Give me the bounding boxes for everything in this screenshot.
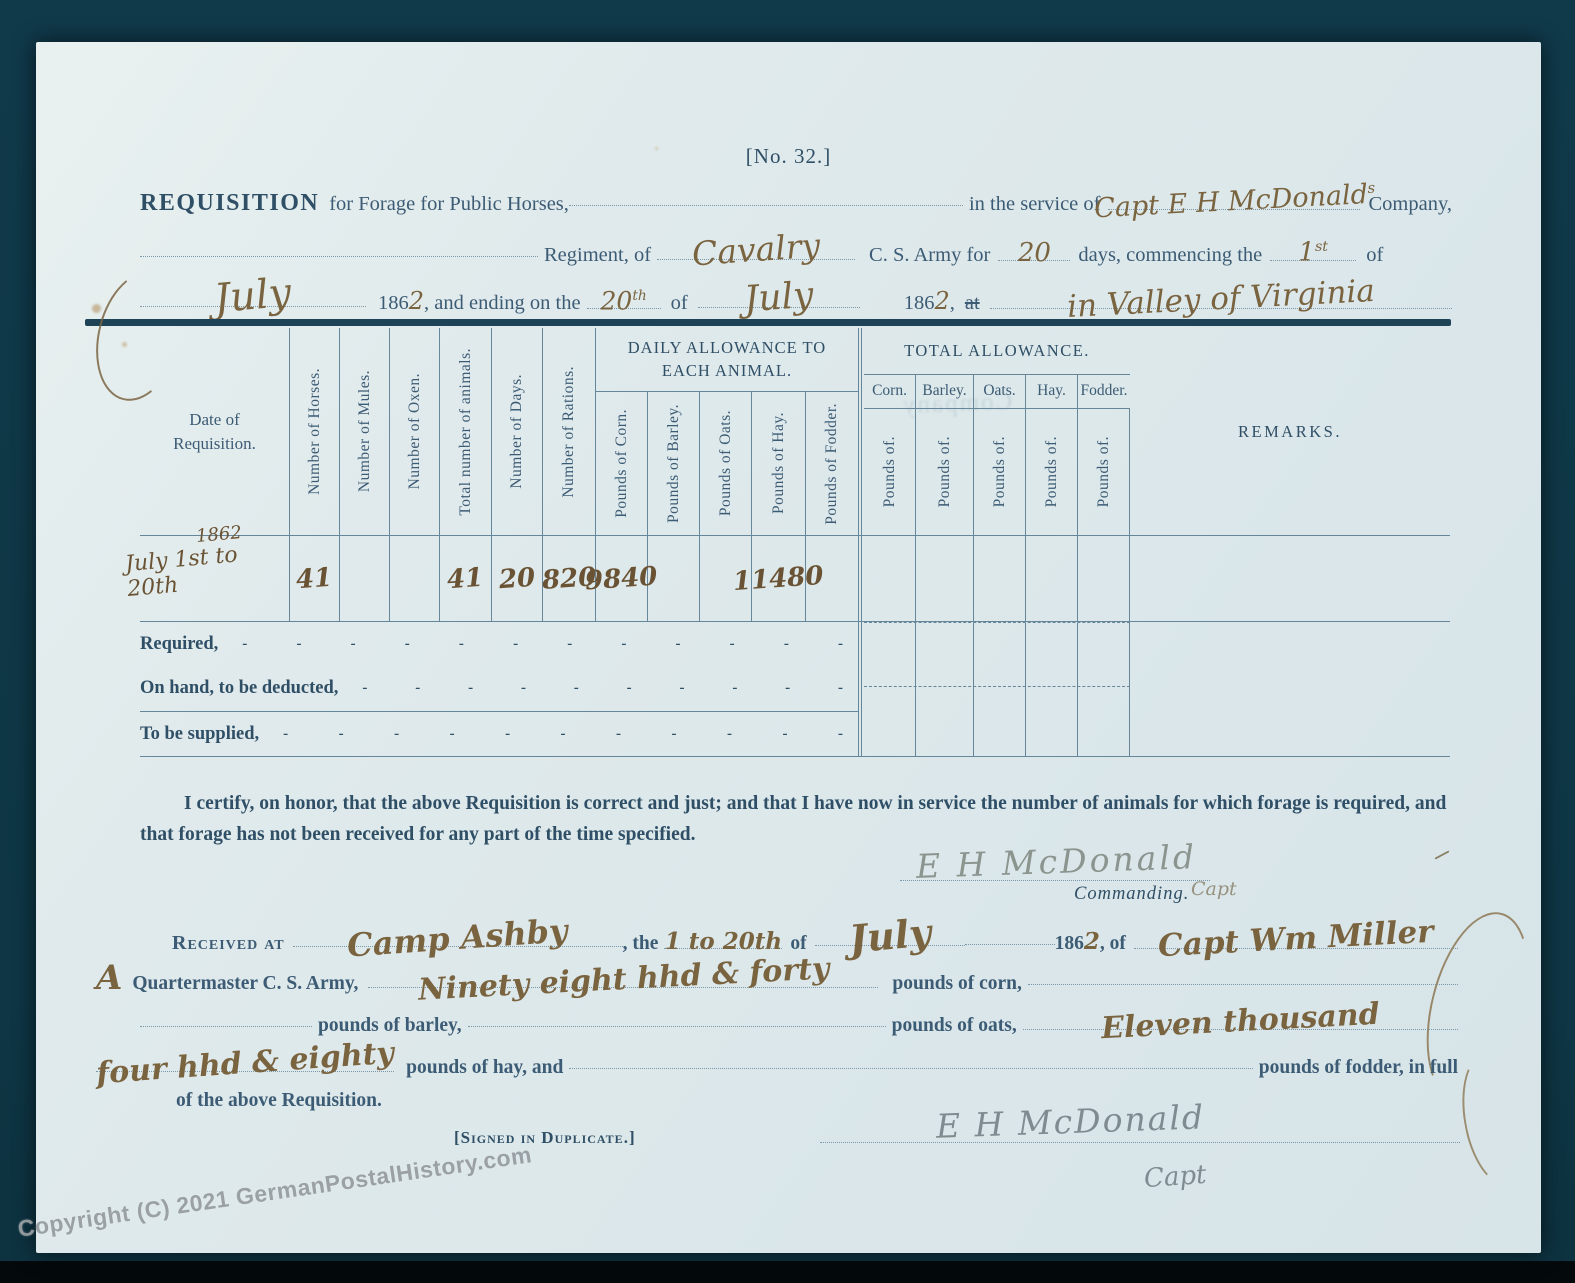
end-month-field: July: [698, 289, 860, 308]
on-hand-row: On hand, to be deducted, - - - - - - - -…: [140, 666, 858, 712]
col-header-daily-oats: Pounds of Oats.: [700, 392, 752, 535]
blank-line: [569, 205, 963, 206]
quartermaster-label: Quartermaster C. S. Army,: [132, 973, 358, 995]
start-day-field: 1st: [1270, 244, 1356, 261]
of-above-label: of the above Requisition.: [176, 1090, 382, 1112]
the-label: , the: [623, 933, 659, 955]
quartermaster-line: A Quartermaster C. S. Army, Ninety eight…: [96, 970, 1458, 995]
blank-line: [140, 1026, 312, 1027]
cell-total-barley: [916, 536, 974, 621]
pounds-of-sub: Pounds of.: [974, 409, 1026, 535]
cell-remarks: [1130, 536, 1450, 621]
cell-date: 1862 July 1st to 20th: [140, 536, 290, 621]
total-allowance-group: TOTAL ALLOWANCE. Corn. Barley. Oats. Hay…: [864, 328, 1130, 535]
hw-place: in Valley of Virginia: [1067, 284, 1375, 316]
regiment-label: Regiment, of: [544, 244, 651, 267]
commencing-label: days, commencing the: [1078, 244, 1262, 267]
hw-start-day: 1st: [1298, 244, 1328, 260]
cell-daily-hay: 11480: [752, 536, 806, 621]
year-printed: 186: [904, 292, 935, 315]
form-number: [No. 32.]: [36, 144, 1541, 169]
blank-line: [965, 944, 1055, 945]
cell-total-hay: [1026, 536, 1078, 621]
total-oats-label: Oats.: [974, 375, 1026, 408]
received-at-label: Received at: [172, 932, 285, 955]
hay-fodder-line: four hhd & eighty pounds of hay, and pou…: [96, 1056, 1458, 1079]
of-above-line: of the above Requisition.: [176, 1090, 382, 1112]
hw-date-range: July 1st to 20th: [124, 538, 291, 602]
col-header-date: Date of Requisition.: [140, 328, 290, 535]
foxing-stains: [92, 304, 101, 313]
total-corn-label: Corn.: [864, 375, 916, 408]
hw-oats-amount: Eleven thousand: [1101, 1007, 1380, 1037]
cell-total-corn: [864, 536, 916, 621]
daily-allowance-group: DAILY ALLOWANCE TO EACH ANIMAL. Pounds o…: [596, 328, 858, 535]
in-service-label: in the service of: [969, 193, 1101, 216]
hw-start-month: July: [214, 283, 293, 310]
signed-duplicate-label: [Signed in Duplicate.]: [454, 1128, 636, 1148]
at-label-struck: at: [965, 292, 980, 315]
cell-total-animals: 41: [440, 536, 492, 621]
section-divider-bar: [85, 319, 1451, 326]
col-header-daily-fodder: Pounds of Fodder.: [806, 392, 858, 535]
commanding-label: Commanding.: [1074, 884, 1189, 905]
total-fodder-label: Fodder.: [1078, 375, 1130, 408]
hw-year-digit: 2: [1084, 936, 1100, 948]
blank-line: [140, 256, 538, 257]
hw-year-digit: 2: [409, 295, 424, 307]
hw-hay-amount: four hhd & eighty: [96, 1046, 394, 1082]
summary-section: Required, - - - - - - - - - - - - On han…: [140, 622, 1450, 757]
dash-fill: - - - - - - - - - - - -: [218, 636, 858, 653]
total-barley-label: Barley.: [916, 375, 974, 408]
col-header-daily-corn: Pounds of Corn.: [596, 392, 648, 535]
dash-fill: - - - - - - - - - -: [338, 680, 858, 697]
received-from-field: Capt Wm Miller: [1134, 932, 1458, 949]
hw-month: July: [848, 922, 931, 948]
pounds-fodder-label: pounds of fodder, in full: [1259, 1057, 1458, 1079]
table-data-row: 1862 July 1st to 20th 41 41 20 820 9840 …: [140, 535, 1450, 622]
table-header: Date of Requisition. Number of Horses. N…: [140, 328, 1450, 535]
hw-signature-2: E H McDonald: [935, 1097, 1205, 1145]
col-header-total-animals: Total number of animals.: [440, 328, 492, 535]
cell-oxen: [390, 536, 440, 621]
col-header-oxen: Number of Oxen.: [390, 328, 440, 535]
cell-total-oats: [974, 536, 1026, 621]
barley-oats-line: pounds of barley, pounds of oats, Eleven…: [140, 1014, 1458, 1037]
hw-year-digit: 2: [934, 295, 949, 307]
hw-rank-2: Capt: [1143, 1160, 1207, 1194]
officer-name-field: Capt E H McDonalds: [1108, 192, 1360, 210]
company-label: Company,: [1368, 193, 1452, 216]
place-field: in Valley of Virginia: [990, 292, 1452, 309]
hw-regiment: Cavalry: [692, 238, 821, 263]
to-be-supplied-row: To be supplied, - - - - - - - - - - -: [140, 712, 858, 756]
received-line: Received at Camp Ashby , the 1 to 20th o…: [172, 926, 1458, 955]
total-allowance-title: TOTAL ALLOWANCE.: [864, 328, 1130, 375]
total-hay-label: Hay.: [1026, 375, 1078, 408]
comma: ,: [950, 292, 955, 315]
camp-field: Camp Ashby: [293, 930, 623, 947]
cell-days: 20: [492, 536, 543, 621]
cs-army-label: C. S. Army for: [869, 244, 990, 267]
hw-received-from: Capt Wm Miller: [1158, 925, 1434, 955]
month-field: July: [815, 926, 965, 946]
end-day-field: 20th: [587, 293, 661, 309]
scanned-document-screen: [No. 32.] REQUISITION for Forage for Pub…: [0, 0, 1575, 1283]
cell-daily-corn: 9840: [596, 536, 648, 621]
summary-total-columns: [864, 622, 1130, 756]
blank-line: [468, 1026, 886, 1027]
hw-rank-capt: Capt: [1191, 878, 1237, 900]
col-header-mules: Number of Mules.: [340, 328, 390, 535]
forage-label: for Forage for Public Horses,: [329, 193, 569, 216]
pounds-corn-label: pounds of corn,: [892, 973, 1022, 995]
pounds-of-sub: Pounds of.: [864, 409, 916, 535]
header-line-1: REQUISITION for Forage for Public Horses…: [140, 190, 1452, 217]
num-days-field: 20: [998, 247, 1070, 261]
dash-fill: - - - - - - - - - - -: [259, 726, 858, 743]
cell-mules: [340, 536, 390, 621]
of-label: of: [1366, 244, 1383, 267]
pounds-of-sub: Pounds of.: [916, 409, 974, 535]
requisition-title: REQUISITION: [140, 190, 319, 217]
of-label: of: [671, 292, 688, 315]
pounds-oats-label: pounds of oats,: [892, 1015, 1017, 1037]
cell-total-fodder: [1078, 536, 1130, 621]
pen-tick-mark: [1434, 850, 1449, 859]
signature-line-2: [820, 1142, 1460, 1143]
hw-period: 1 to 20th: [665, 936, 782, 948]
col-header-rations: Number of Rations.: [543, 328, 596, 535]
period-field: 1 to 20th: [664, 936, 782, 949]
remarks-header: REMARKS.: [1130, 328, 1450, 535]
pounds-of-sub: Pounds of.: [1078, 409, 1130, 535]
pounds-of-sub: Pounds of.: [1026, 409, 1078, 535]
daily-allowance-title: DAILY ALLOWANCE TO EACH ANIMAL.: [596, 328, 858, 392]
hw-corn-amount: Ninety eight hhd & forty: [417, 961, 829, 998]
header-line-2: Regiment, of Cavalry C. S. Army for 20 d…: [140, 242, 1452, 267]
regiment-field: Cavalry: [657, 242, 855, 260]
double-rule-divider: [858, 328, 862, 757]
blank-line: [1028, 984, 1458, 985]
hw-num-days: 20: [1018, 247, 1051, 260]
hw-signature-mcdonald: E H McDonald: [915, 837, 1197, 886]
year-printed: 186: [378, 292, 409, 315]
col-header-days: Number of Days.: [492, 328, 543, 535]
col-header-daily-barley: Pounds of Barley.: [648, 392, 700, 535]
header-line-3: July 186 2 , and ending on the 20th of J…: [140, 286, 1452, 315]
year-printed: 186: [1055, 933, 1084, 955]
hw-officer-name: Capt E H McDonalds: [1093, 185, 1375, 216]
hw-end-day: 20th: [601, 293, 647, 308]
hw-end-month: July: [743, 287, 814, 310]
pounds-barley-label: pounds of barley,: [318, 1015, 462, 1037]
hw-a: A: [96, 970, 122, 987]
col-header-daily-hay: Pounds of Hay.: [752, 392, 806, 535]
hay-amount-field: four hhd & eighty: [96, 1056, 394, 1072]
requisition-form-paper: [No. 32.] REQUISITION for Forage for Pub…: [36, 42, 1541, 1253]
pounds-hay-label: pounds of hay, and: [406, 1057, 563, 1079]
oats-amount-field: Eleven thousand: [1023, 1014, 1458, 1030]
col-header-horses: Number of Horses.: [290, 328, 340, 535]
certify-statement: I certify, on honor, that the above Requ…: [140, 788, 1456, 850]
blank-line: [569, 1068, 1252, 1069]
corn-amount-field: Ninety eight hhd & forty: [368, 972, 878, 988]
required-row: Required, - - - - - - - - - - - -: [140, 622, 858, 666]
allowance-table: Date of Requisition. Number of Horses. N…: [140, 328, 1450, 757]
scan-border-strip: [0, 1261, 1575, 1283]
cell-horses: 41: [290, 536, 340, 621]
of-label: , of: [1100, 933, 1126, 955]
ending-label: , and ending on the: [424, 292, 581, 315]
hw-camp-name: Camp Ashby: [347, 922, 568, 953]
